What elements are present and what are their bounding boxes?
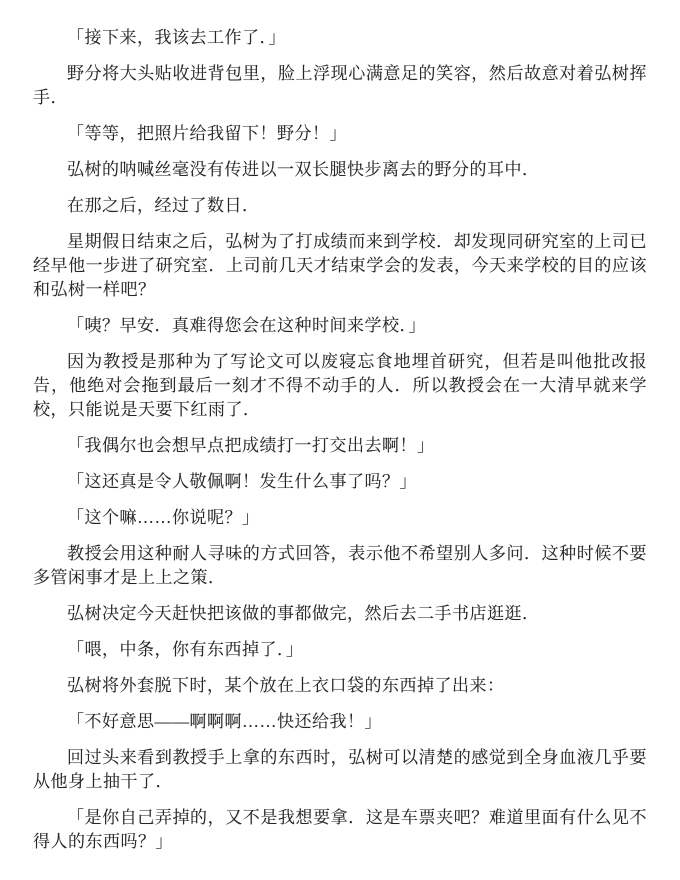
dialogue-paragraph: 「我偶尔也会想早点把成绩打一打交出去啊！」 xyxy=(33,434,647,458)
narration-paragraph: 在那之后，经过了数日． xyxy=(33,194,647,218)
narration-paragraph: 星期假日结束之后，弘树为了打成绩而来到学校．却发现同研究室的上司已经早他一步进了… xyxy=(33,230,647,302)
dialogue-paragraph: 「喂，中条，你有东西掉了．」 xyxy=(33,638,647,662)
dialogue-paragraph: 「咦？早安．真难得您会在这种时间来学校．」 xyxy=(33,314,647,338)
narration-paragraph: 教授会用这种耐人寻味的方式回答，表示他不希望别人多问．这种时候不要多管闲事才是上… xyxy=(33,542,647,590)
narration-paragraph: 弘树决定今天赶快把该做的事都做完，然后去二手书店逛逛． xyxy=(33,602,647,626)
dialogue-paragraph: 「这个嘛……你说呢？」 xyxy=(33,506,647,530)
narration-paragraph: 野分将大头贴收进背包里，脸上浮现心满意足的笑容，然后故意对着弘树挥手． xyxy=(33,62,647,110)
narration-paragraph: 回过头来看到教授手上拿的东西时，弘树可以清楚的感觉到全身血液几乎要从他身上抽干了… xyxy=(33,746,647,794)
narration-paragraph: 弘树将外套脱下时，某个放在上衣口袋的东西掉了出来： xyxy=(33,674,647,698)
novel-page: 「接下来，我该去工作了．」野分将大头贴收进背包里，脸上浮现心满意足的笑容，然后故… xyxy=(0,0,680,880)
dialogue-paragraph: 「等等，把照片给我留下！野分！」 xyxy=(33,122,647,146)
dialogue-paragraph: 「这还真是令人敬佩啊！发生什么事了吗？」 xyxy=(33,470,647,494)
narration-paragraph: 弘树的呐喊丝毫没有传进以一双长腿快步离去的野分的耳中． xyxy=(33,158,647,182)
dialogue-paragraph: 「接下来，我该去工作了．」 xyxy=(33,26,647,50)
narration-paragraph: 因为教授是那种为了写论文可以废寝忘食地埋首研究，但若是叫他批改报告，他绝对会拖到… xyxy=(33,350,647,422)
dialogue-paragraph: 「是你自己弄掉的，又不是我想要拿．这是车票夹吧？难道里面有什么见不得人的东西吗？… xyxy=(33,806,647,854)
text-body: 「接下来，我该去工作了．」野分将大头贴收进背包里，脸上浮现心满意足的笑容，然后故… xyxy=(33,26,647,854)
screenshot-root: { "page": { "kind": "scanned-novel-page"… xyxy=(0,0,680,880)
dialogue-paragraph: 「不好意思——啊啊啊……快还给我！」 xyxy=(33,710,647,734)
